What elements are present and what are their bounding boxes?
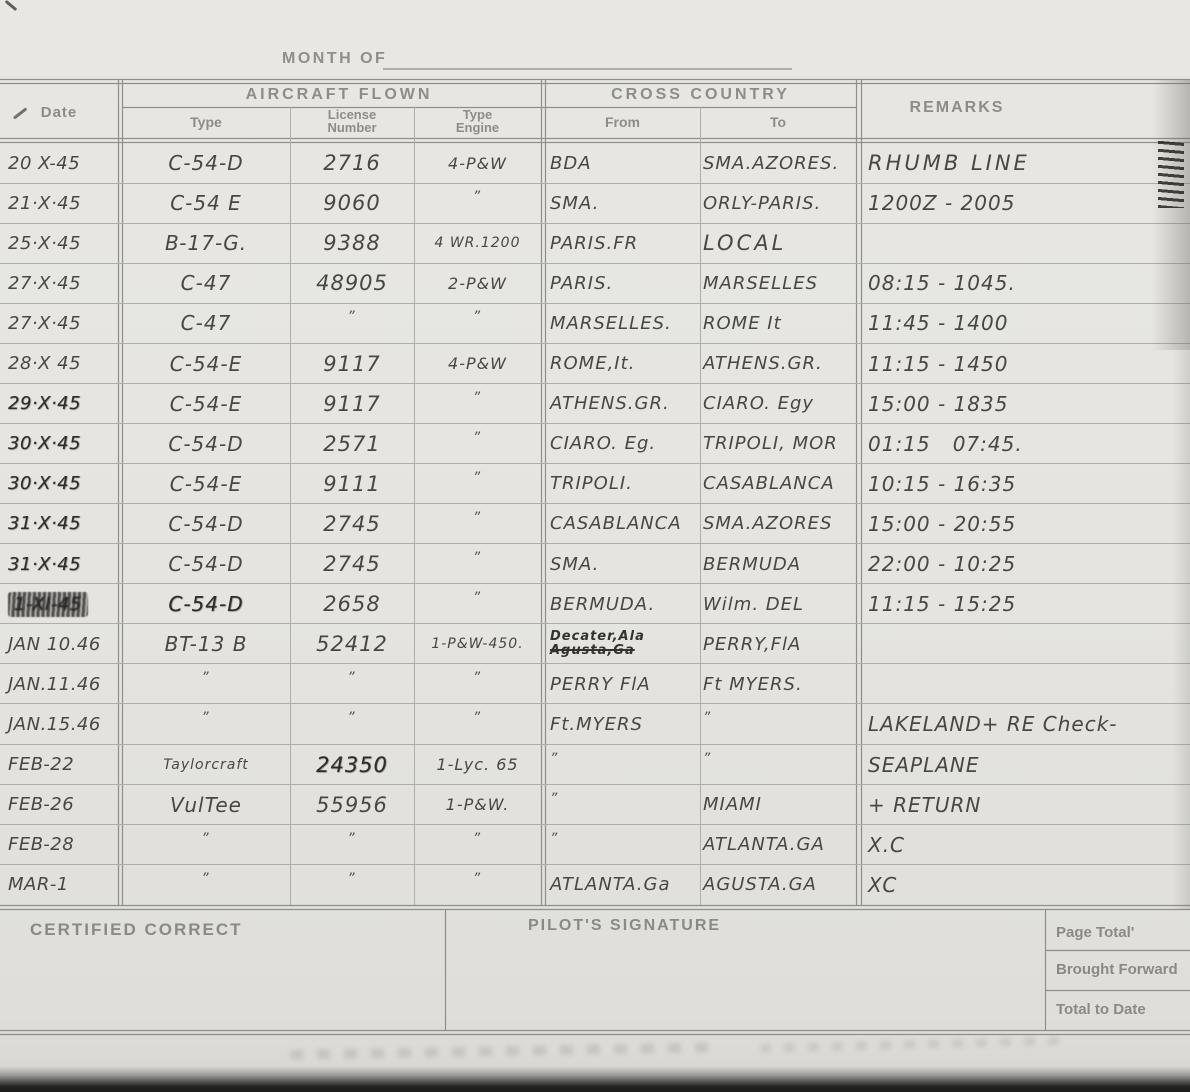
date-cell: 20 X-45	[8, 143, 114, 183]
license-number-cell: ”	[292, 658, 412, 698]
logbook-page: MONTH OF Date AIRCRAFT FLOWN Type Licens…	[0, 0, 1190, 1092]
date-cell: FEB-28	[8, 825, 114, 865]
col-type-label: Type	[122, 114, 290, 130]
aircraft-type-cell: B-17-G.	[126, 223, 286, 263]
remarks-cell: 08:15 - 1045.	[868, 263, 1186, 303]
from-cell: PERRY FlA	[550, 664, 698, 704]
col-cross-country-label: CROSS COUNTRY	[545, 86, 856, 104]
date-cell: 31·X·45	[8, 544, 114, 584]
log-row: 30·X·45 C-54-E 9111 ” TRIPOLI. CASABLANC…	[0, 464, 1190, 504]
date-cell: JAN.11.46	[8, 664, 114, 704]
to-cell: ATHENS.GR.	[703, 344, 853, 384]
scan-bottom-edge	[0, 1066, 1190, 1092]
engine-type-cell: 4 WR.1200	[416, 223, 539, 263]
aircraft-type-cell: C-54-E	[126, 344, 286, 384]
to-cell: CIARO. Egy	[703, 384, 853, 424]
col-remarks-label: REMARKS	[862, 99, 1052, 117]
to-cell: PERRY,FlA	[703, 624, 853, 664]
date-cell: FEB-26	[8, 785, 114, 825]
from-cell: PARIS.	[550, 263, 698, 303]
date-cell: 27·X·45	[8, 263, 114, 303]
license-number-cell: 9388	[292, 223, 412, 263]
engine-type-cell: ”	[416, 177, 539, 217]
remarks-cell: 1200Z - 2005	[868, 183, 1186, 223]
engine-type-cell: ”	[416, 698, 539, 738]
engine-type-cell: ”	[416, 658, 539, 698]
remarks-cell: LAKELAND+ RE Check-	[868, 704, 1186, 744]
log-row: MAR-1 ” ” ” ATLANTA.Ga AGUSTA.GA XC	[0, 865, 1190, 905]
remarks-cell: X.C	[868, 825, 1186, 865]
remarks-cell: SEAPLANE	[868, 745, 1186, 785]
aircraft-type-cell: C-54 E	[126, 183, 286, 223]
to-cell: ROME It	[703, 303, 853, 343]
remarks-cell: 10:15 - 16:35	[868, 464, 1186, 504]
engine-label-line2: Engine	[414, 121, 541, 134]
page-total-label: Page Total'	[1056, 924, 1134, 941]
from-cell: ”	[550, 819, 698, 859]
remarks-cell	[868, 223, 1186, 263]
from-cell: BDA	[550, 143, 698, 183]
from-cell: BERMUDA.	[550, 584, 698, 624]
col-license-number-label: License Number	[290, 108, 414, 134]
license-number-cell: ”	[292, 859, 412, 899]
date-cell: MAR-1	[8, 865, 114, 905]
to-cell: SMA.AZORES	[703, 504, 853, 544]
remarks-cell	[868, 664, 1186, 704]
to-cell: ”	[703, 739, 853, 779]
remarks-cell: 11:45 - 1400	[868, 303, 1186, 343]
engine-type-cell: ”	[416, 498, 539, 538]
remarks-cell: 22:00 - 10:25	[868, 544, 1186, 584]
aircraft-type-cell: Taylorcraft	[126, 745, 286, 785]
to-cell: LOCAL	[703, 223, 853, 263]
to-cell: SMA.AZORES.	[703, 143, 853, 183]
license-number-cell: ”	[292, 297, 412, 337]
aircraft-type-cell: C-54-D	[126, 424, 286, 464]
log-row: 31·X·45 C-54-D 2745 ” SMA. BERMUDA 22:00…	[0, 544, 1190, 584]
aircraft-type-cell: ”	[126, 859, 286, 899]
log-row: 29·X·45 C-54-E 9117 ” ATHENS.GR. CIARO. …	[0, 384, 1190, 424]
from-cell: ”	[550, 779, 698, 819]
to-cell: Wilm. DEL	[703, 584, 853, 624]
to-cell: MIAMI	[703, 785, 853, 825]
remarks-cell: XC	[868, 865, 1186, 905]
from-cell: CASABLANCA	[550, 504, 698, 544]
remarks-cell	[868, 624, 1186, 664]
date-cell: JAN.15.46	[8, 704, 114, 744]
engine-type-cell: ”	[416, 538, 539, 578]
engine-type-cell: ”	[416, 297, 539, 337]
remarks-cell: 11:15 - 1450	[868, 344, 1186, 384]
license-number-cell: 2658	[292, 584, 412, 624]
from-cell: PARIS.FR	[550, 223, 698, 263]
engine-type-cell: ”	[416, 819, 539, 859]
remarks-cell: 15:00 - 20:55	[868, 504, 1186, 544]
to-cell: AGUSTA.GA	[703, 865, 853, 905]
col-type-engine-label: Type Engine	[414, 108, 541, 134]
license-number-cell: 9060	[292, 183, 412, 223]
license-number-cell: 9117	[292, 384, 412, 424]
date-cell: 30·X·45	[8, 464, 114, 504]
from-cell: Decater,AlaAgusta,Ga	[550, 624, 698, 664]
from-cell: SMA.	[550, 544, 698, 584]
aircraft-type-cell: C-54-D	[126, 584, 286, 624]
col-aircraft-flown-label: AIRCRAFT FLOWN	[122, 86, 556, 104]
license-number-cell: ”	[292, 819, 412, 859]
license-number-cell: 2716	[292, 143, 412, 183]
date-cell: 28·X 45	[8, 344, 114, 384]
license-number-cell: 2745	[292, 544, 412, 584]
license-number-cell: 2745	[292, 504, 412, 544]
log-row: 28·X 45 C-54-E 9117 4-P&W ROME,It. ATHEN…	[0, 344, 1190, 384]
date-cell: FEB-22	[8, 745, 114, 785]
remarks-cell: 11:15 - 15:25	[868, 584, 1186, 624]
to-cell: TRIPOLI, MOR	[703, 424, 853, 464]
license-number-cell: 2571	[292, 424, 412, 464]
date-cell: 29·X·45	[8, 384, 114, 424]
to-cell: ORLY-PARIS.	[703, 183, 853, 223]
license-label-line2: Number	[290, 121, 414, 134]
from-cell: TRIPOLI.	[550, 464, 698, 504]
log-row: 20 X-45 C-54-D 2716 4-P&W BDA SMA.AZORES…	[0, 143, 1190, 183]
certified-correct-label: CERTIFIED CORRECT	[30, 920, 243, 940]
from-cell: CIARO. Eg.	[550, 424, 698, 464]
scan-edge-shadow-2	[1172, 350, 1190, 910]
from-cell: ATHENS.GR.	[550, 384, 698, 424]
scan-edge-shadow	[1152, 80, 1190, 350]
month-of-label: MONTH OF	[282, 50, 387, 68]
date-cell: 31·X·45	[8, 504, 114, 544]
col-to-label: To	[700, 114, 856, 130]
aircraft-type-cell: ”	[126, 658, 286, 698]
license-number-cell: ”	[292, 698, 412, 738]
from-cell: ROME,It.	[550, 344, 698, 384]
engine-type-cell: ”	[416, 578, 539, 618]
remarks-cell: 15:00 - 1835	[868, 384, 1186, 424]
aircraft-type-cell: C-54-D	[126, 504, 286, 544]
log-row: 27·X·45 C-47 48905 2-P&W PARIS. MARSELLE…	[0, 263, 1190, 303]
aircraft-type-cell: ”	[126, 819, 286, 859]
to-cell: BERMUDA	[703, 544, 853, 584]
log-row: 30·X·45 C-54-D 2571 ” CIARO. Eg. TRIPOLI…	[0, 424, 1190, 464]
from-cell: ”	[550, 739, 698, 779]
date-cell: 25·X·45	[8, 223, 114, 263]
to-cell: ATLANTA.GA	[703, 825, 853, 865]
license-number-cell: 9117	[292, 344, 412, 384]
log-row: 31·X·45 C-54-D 2745 ” CASABLANCA SMA.AZO…	[0, 504, 1190, 544]
date-cell: 21·X·45	[8, 183, 114, 223]
from-cell: SMA.	[550, 183, 698, 223]
date-cell: 27·X·45	[8, 303, 114, 343]
brought-forward-label: Brought Forward	[1056, 961, 1178, 978]
date-cell: 30·X·45	[8, 424, 114, 464]
log-row: 27·X·45 C-47 ” ” MARSELLES. ROME It 11:4…	[0, 303, 1190, 343]
total-to-date-label: Total to Date	[1056, 1001, 1146, 1018]
aircraft-type-cell: C-54-D	[126, 544, 286, 584]
scan-ink-smudge	[1158, 138, 1184, 208]
to-cell: ”	[703, 698, 853, 738]
aircraft-type-cell: C-47	[126, 303, 286, 343]
remarks-cell: + RETURN	[868, 785, 1186, 825]
license-number-cell: 24350	[292, 745, 412, 785]
aircraft-type-cell: ”	[126, 698, 286, 738]
engine-type-cell: ”	[416, 418, 539, 458]
engine-type-cell: ”	[416, 859, 539, 899]
col-from-label: From	[545, 114, 700, 130]
aircraft-type-cell: C-54-D	[126, 143, 286, 183]
pilots-signature-label: PILOT'S SIGNATURE	[528, 917, 721, 935]
aircraft-type-cell: C-47	[126, 263, 286, 303]
license-number-cell: 9111	[292, 464, 412, 504]
to-cell: MARSELLES	[703, 263, 853, 303]
remarks-cell: 01:15 07:45.	[868, 424, 1186, 464]
from-cell: ATLANTA.Ga	[550, 865, 698, 905]
log-row: 21·X·45 C-54 E 9060 ” SMA. ORLY-PARIS. 1…	[0, 183, 1190, 223]
remarks-cell: RHUMB LINE	[868, 143, 1186, 183]
engine-type-cell: ”	[416, 378, 539, 418]
to-cell: CASABLANCA	[703, 464, 853, 504]
date-cell: JAN 10.46	[8, 624, 114, 664]
from-cell: MARSELLES.	[550, 303, 698, 343]
aircraft-type-cell: C-54-E	[126, 384, 286, 424]
aircraft-type-cell: C-54-E	[126, 464, 286, 504]
date-cell: 1-XI-45	[8, 584, 114, 624]
engine-type-cell: ”	[416, 458, 539, 498]
engine-type-cell: 1-Lyc. 65	[416, 745, 539, 785]
log-row: 25·X·45 B-17-G. 9388 4 WR.1200 PARIS.FR …	[0, 223, 1190, 263]
log-row: 1-XI-45 C-54-D 2658 ” BERMUDA. Wilm. DEL…	[0, 584, 1190, 624]
